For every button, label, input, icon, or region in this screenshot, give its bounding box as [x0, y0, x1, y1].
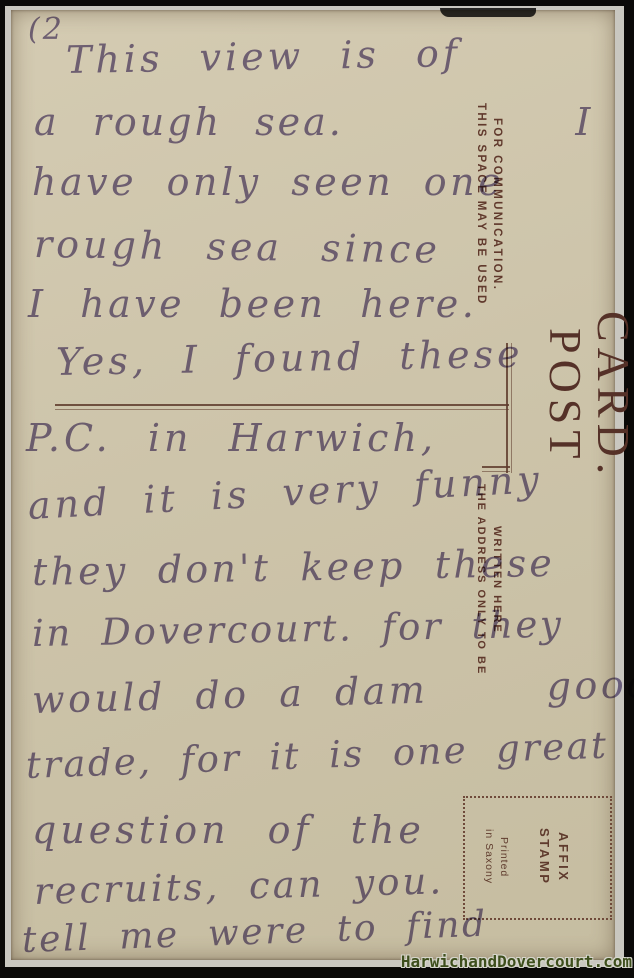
handwritten-page-number: (2 [28, 12, 65, 47]
postcard-scan-photo: THIS SPACE MAY BE USED FOR COMMUNICATION… [0, 0, 634, 978]
handwritten-line: they don't keep these [32, 541, 556, 594]
printed-in-saxony-text: Printed in Saxony [481, 824, 511, 890]
affix-line1: AFFIX [554, 824, 573, 890]
watermark-text: HarwichandDovercourt.com [401, 952, 632, 971]
handwritten-line: Yes, I found these [56, 332, 524, 384]
affix-line2: STAMP [535, 824, 554, 890]
handwritten-line: P.C. in Harwich, [26, 416, 437, 460]
stamp-box: AFFIX STAMP Printed in Saxony [463, 796, 612, 920]
postcard-title: POST CARD. [541, 235, 634, 557]
imprint-line2: in Saxony [481, 824, 496, 890]
affix-stamp-text: AFFIX STAMP [535, 824, 573, 890]
imprint-line1: Printed [496, 824, 511, 890]
handwritten-line: rough sea since [34, 222, 442, 272]
printed-divider-rule [55, 404, 509, 410]
torn-edge-nick [440, 8, 536, 17]
handwritten-line: This view is of [66, 31, 462, 82]
handwritten-line: question of the [32, 808, 425, 852]
handwritten-line: a rough sea. I [34, 100, 593, 144]
handwritten-line: I have been here. [28, 282, 477, 326]
handwritten-line: have only seen one [32, 160, 504, 204]
